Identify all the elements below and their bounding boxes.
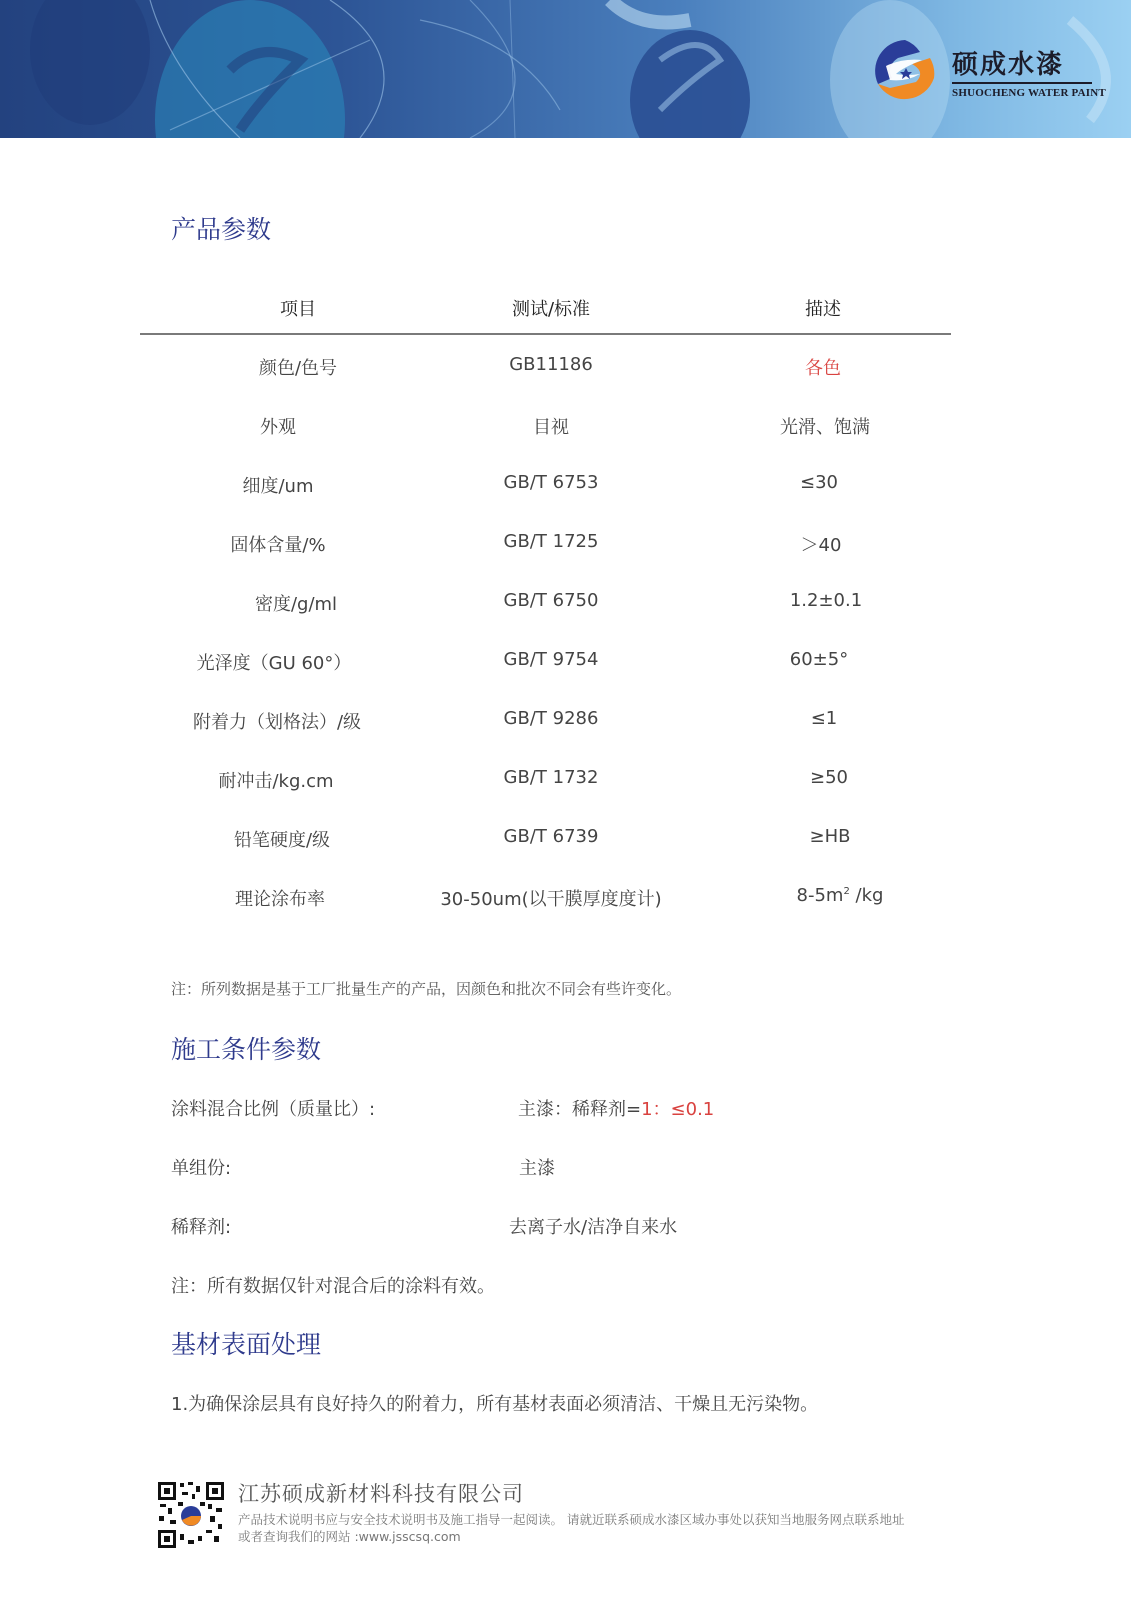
company-name: 江苏硕成新材料科技有限公司 (238, 1478, 524, 1508)
section-title-construction-params: 施工条件参数 (171, 1030, 321, 1066)
row-standard: GB/T 9286 (504, 708, 599, 729)
row-standard: GB/T 1725 (504, 531, 599, 552)
table-header-divider (140, 333, 951, 335)
row-item: 铅笔硬度/级 (234, 826, 330, 852)
mix-ratio-highlight: 1：≤0.1 (641, 1099, 714, 1120)
row-item: 外观 (260, 413, 296, 439)
row-description: ≤30 (800, 472, 838, 493)
section-title-surface-treatment: 基材表面处理 (171, 1325, 321, 1361)
row-description: 60±5° (790, 649, 848, 670)
qr-code-icon (156, 1480, 226, 1550)
brand-name-cn: 硕成水漆 (952, 44, 1064, 81)
surface-treatment-item: 1.为确保涂层具有良好持久的附着力，所有基材表面必须清洁、干燥且无污染物。 (171, 1390, 818, 1416)
mix-ratio-label: 涂料混合比例（质量比）: (171, 1095, 375, 1121)
row-description: ≤1 (811, 708, 838, 729)
row-description: 1.2±0.1 (790, 590, 862, 611)
row-description: 各色 (805, 354, 841, 380)
row-description: ≥50 (810, 767, 848, 788)
params-table-header: 项目 测试/标准 描述 (140, 285, 951, 333)
coverage-unit: /kg (850, 885, 884, 906)
row-description: 光滑、饱满 (780, 413, 870, 439)
row-standard: GB/T 1732 (504, 767, 599, 788)
row-description: ＞40 (801, 531, 842, 557)
brand-divider (952, 82, 1092, 84)
row-item: 理论涂布率 (235, 885, 325, 911)
shuocheng-logo-icon (872, 38, 938, 104)
row-item: 密度/g/ml (255, 590, 337, 616)
header-banner: 硕成水漆 SHUOCHENG WATER PAINT (0, 0, 1131, 138)
footer-website: 或者查询我们的网站 :www.jsscsq.com (238, 1527, 461, 1545)
column-header-description: 描述 (805, 295, 841, 321)
row-description: ≥HB (810, 826, 851, 847)
row-standard: GB11186 (509, 354, 593, 375)
row-item: 附着力（划格法）/级 (193, 708, 361, 734)
coverage-value: 8-5m (797, 885, 844, 906)
brand-name-en: SHUOCHENG WATER PAINT (952, 87, 1106, 99)
single-component-value: 主漆 (519, 1154, 555, 1180)
row-description: 8-5m2 /kg (797, 885, 884, 906)
row-standard: GB/T 6753 (504, 472, 599, 493)
row-item: 细度/um (242, 472, 313, 498)
section-title-product-params: 产品参数 (171, 210, 271, 246)
thinner-value: 去离子水/洁净自来水 (509, 1213, 677, 1239)
row-standard: 目视 (533, 413, 569, 439)
row-item: 光泽度（GU 60°） (197, 649, 352, 675)
mix-ratio-prefix: 主漆：稀释剂= (518, 1099, 641, 1120)
row-item: 颜色/色号 (259, 354, 337, 380)
row-standard: 30-50um(以干膜厚度度计) (440, 885, 661, 911)
product-params-note: 注：所列数据是基于工厂批量生产的产品，因颜色和批次不同会有些许变化。 (171, 978, 681, 999)
single-component-label: 单组份: (171, 1154, 231, 1180)
row-item: 固体含量/% (230, 531, 325, 557)
column-header-standard: 测试/标准 (512, 295, 590, 321)
mix-ratio-value: 主漆：稀释剂=1：≤0.1 (518, 1095, 714, 1121)
row-standard: GB/T 6750 (504, 590, 599, 611)
construction-note: 注：所有数据仅针对混合后的涂料有效。 (171, 1272, 495, 1298)
row-item: 耐冲击/kg.cm (218, 767, 333, 793)
brand-logo: 硕成水漆 SHUOCHENG WATER PAINT (872, 38, 1092, 110)
column-header-item: 项目 (280, 295, 316, 321)
thinner-label: 稀释剂: (171, 1213, 231, 1239)
row-standard: GB/T 9754 (504, 649, 599, 670)
footer-disclaimer: 产品技术说明书应与安全技术说明书及施工指导一起阅读。 请就近联系硕成水漆区域办事… (238, 1510, 904, 1528)
row-standard: GB/T 6739 (504, 826, 599, 847)
